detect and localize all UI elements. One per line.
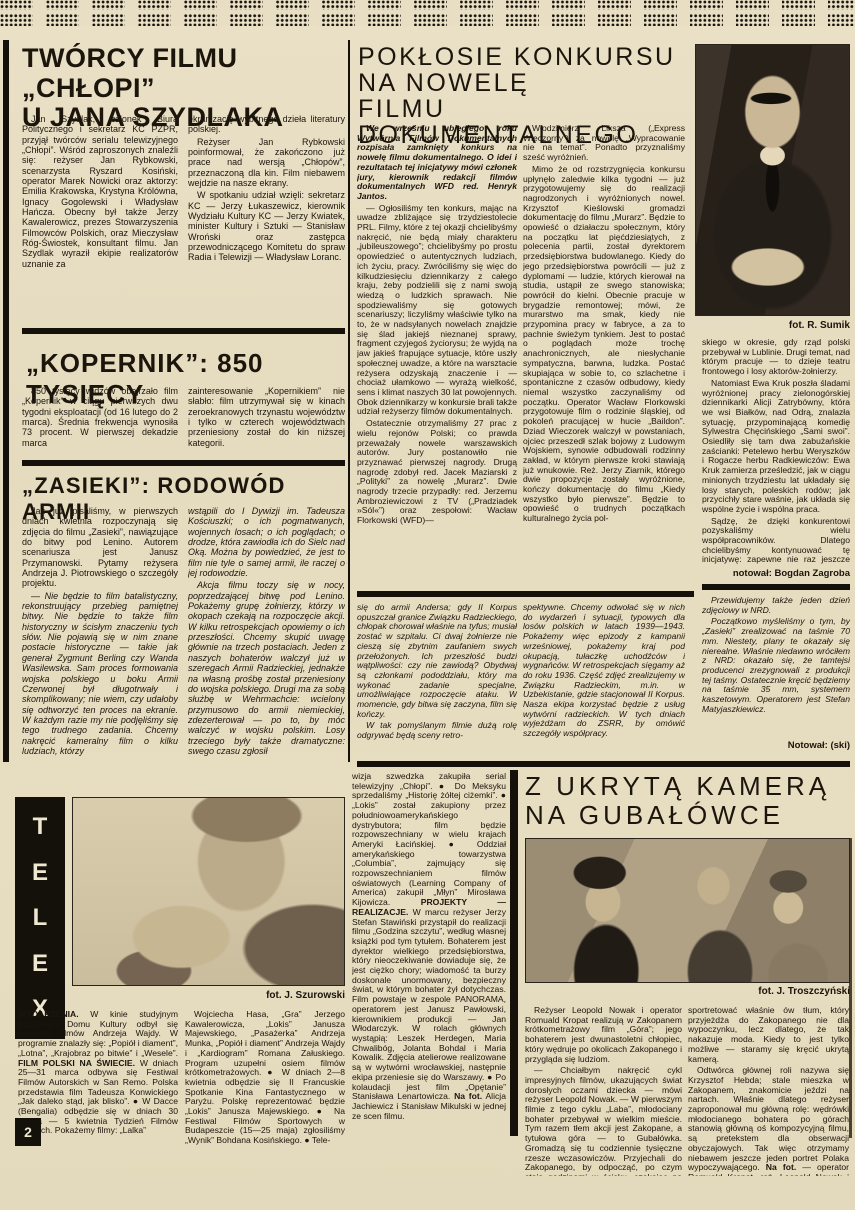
paragraph: Akcja filmu toczy się w nocy, poprzedzaj… <box>188 580 345 756</box>
paragraph: 850 tysięcy widzów obejrzało film „Koper… <box>22 386 178 448</box>
telex-text: W dniach 25—31 marca odbywa się Festiwal… <box>18 1058 178 1136</box>
decorative-dot-border <box>0 0 855 26</box>
paragraph: zainteresowanie „Kopernikiem” nie słabło… <box>188 386 345 448</box>
section-rule <box>702 584 850 590</box>
zasieki-quote: — Nie będzie to film batalistyczny, reko… <box>22 591 178 757</box>
telex-bold-lead: FILM POLSKI NA ŚWIECIE. <box>18 1058 135 1068</box>
paragraph: Natomiast Ewa Kruk poszła śladami wyróżn… <box>702 379 850 515</box>
column-divider-rule <box>348 40 350 762</box>
title-line: POKŁOSIE KONKURSU <box>358 44 692 70</box>
article-zasieki-continuation-3: Przewidujemy także jeden dzień zdjęciowy… <box>702 596 850 736</box>
telex-bold-lead: Na fot. <box>454 1091 482 1101</box>
article-zasieki-continuation-2: spektywne. Chcemy odwołać się w nich do … <box>523 603 685 757</box>
paragraph: skiego w okresie, gdy rząd polski przeby… <box>702 338 850 377</box>
telex-label: T E L E X <box>15 797 65 1039</box>
paragraph: Reżyser Leopold Nowak i operator Romuald… <box>525 1006 682 1064</box>
paragraph: Przewidujemy także jeden dzień zdjęciowy… <box>702 596 850 615</box>
paragraph: wstąpili do I Dywizji im. Tadeusza Kości… <box>188 506 345 578</box>
paragraph: wizja szwedzka zakupiła serial telewizyj… <box>352 772 506 1121</box>
telex-text: W marcu reżyser Jerzy Stefan Stawiński p… <box>352 907 506 1101</box>
paragraph: W spotkaniu udział wzięli: sekretarz KC … <box>188 190 345 262</box>
paragraph: — Ogłosiliśmy ten konkurs, mając na uwad… <box>357 204 517 417</box>
zasieki-intro: Jak już pisaliśmy, w pierwszych dniach k… <box>22 506 178 589</box>
telex-column-1: WYDARZENIA. W kinie studyjnym Łódzkiego … <box>18 1010 178 1176</box>
paragraph: Reżyser Jan Rybkowski poinformował, że z… <box>188 137 345 189</box>
paragraph: Wojciecha Hasa, „Gra” Jerzego Kawalerowi… <box>185 1010 345 1146</box>
telex-letter: E <box>32 950 48 978</box>
magazine-page: TWÓRCY FILMU „CHŁOPI” U JANA SZYDLAKA Ja… <box>0 0 855 1210</box>
paragraph: WYDARZENIA. W kinie studyjnym Łódzkiego … <box>18 1010 178 1136</box>
article-kopernik-column-1: 850 tysięcy widzów obejrzało film „Koper… <box>22 386 178 458</box>
gubalowka-bold-lead: Na fot. <box>766 1162 796 1172</box>
paragraph: Jak już pisaliśmy, w pierwszych dniach k… <box>22 506 178 589</box>
poklosie-lead: We wrześniu ubiegłego roku Wytwórnia Fil… <box>357 124 517 202</box>
article-zasieki-column-1: Jak już pisaliśmy, w pierwszych dniach k… <box>22 506 178 788</box>
title-line: NA GUBAŁÓWCE <box>525 801 853 830</box>
paragraph: Odtwórca głównej roli nazywa się Krzyszt… <box>688 1066 849 1176</box>
paragraph: Jan Szydlak, członek Biura Politycznego … <box>22 114 178 269</box>
telex-column-3: wizja szwedzka zakupiła serial telewizyj… <box>352 772 506 1174</box>
paragraph: Mimo że od rozstrzygnięcia konkursu upły… <box>523 165 685 524</box>
portrait-photo-sumik <box>695 44 850 316</box>
paragraph: ekranizację wybitnego dzieła literatury … <box>188 114 345 135</box>
bottom-section-divider-rule <box>510 770 518 1136</box>
paragraph: We wrześniu ubiegłego roku Wytwórnia Fil… <box>357 124 517 202</box>
poklosie-signoff: notował: Bogdan Zagroba <box>702 568 850 579</box>
paragraph: spektywne. Chcemy odwołać się w nich do … <box>523 603 685 739</box>
telex-letter: E <box>32 859 48 887</box>
poklosie-body: — Ogłosiliśmy ten konkurs, mając na uwad… <box>357 204 517 526</box>
gubalowka-column-2: sportretować właśnie ów tłum, który przy… <box>688 1006 849 1176</box>
paragraph: Sądzę, że dzięki konkurentowi pozyskaliś… <box>702 517 850 566</box>
title-line: NA NOWELĘ <box>358 70 692 96</box>
paragraph: Ostatecznie otrzymaliśmy 27 prac z wielu… <box>357 419 517 526</box>
gubalowka-text: Odtwórca głównej roli nazywa się Krzyszt… <box>688 1065 849 1172</box>
title-line: TWÓRCY FILMU „CHŁOPI” <box>22 44 345 103</box>
article-gubalowka-title: Z UKRYTĄ KAMERĄ NA GUBAŁÓWCE <box>525 772 853 830</box>
paragraph: W tak pomyślanym filmie dużą rolę odgryw… <box>357 721 517 740</box>
telex-column-2: Wojciecha Hasa, „Gra” Jerzego Kawalerowi… <box>185 1010 345 1176</box>
telex-letter: L <box>33 904 48 932</box>
paragraph: — Chciałbym nakręcić cykl impresyjnych f… <box>525 1066 682 1176</box>
paragraph: Włodzimierz Liksza („Express Wieczorny”)… <box>523 124 685 163</box>
photo-caption-szurowski: fot. J. Szurowski <box>72 990 345 1001</box>
photo-caption-troszczynski: fot. J. Troszczyński <box>525 986 850 997</box>
location-photo-troszczynski <box>525 838 850 983</box>
title-line: Z UKRYTĄ KAMERĄ <box>525 772 853 801</box>
paragraph: sportretować właśnie ów tłum, który przy… <box>688 1006 849 1064</box>
page-number: 2 <box>15 1118 41 1146</box>
section-rule <box>22 328 345 334</box>
paragraph: — Nie będzie to film batalistyczny, reko… <box>22 591 178 757</box>
article-zasieki-column-2: wstąpili do I Dywizji im. Tadeusza Kości… <box>188 506 345 788</box>
paragraph: Początkowo myśleliśmy o tym, by „Zasieki… <box>702 617 850 714</box>
telex-letter: T <box>33 813 48 841</box>
gubalowka-column-1: Reżyser Leopold Nowak i operator Romuald… <box>525 1006 682 1176</box>
film-still-photo-szurowski <box>72 797 345 986</box>
article-kopernik-column-2: zainteresowanie „Kopernikiem” nie słabło… <box>188 386 345 458</box>
article-zasieki-continuation-1: się do armii Andersa; gdy II Korpus opus… <box>357 603 517 757</box>
photo-caption-sumik: fot. R. Sumik <box>695 320 850 331</box>
article-poklosie-column-2: Włodzimierz Liksza („Express Wieczorny”)… <box>523 124 685 588</box>
article-chlopi-column-2: ekranizację wybitnego dzieła literatury … <box>188 114 345 324</box>
article-poklosie-column-3: skiego w okresie, gdy rząd polski przeby… <box>702 338 850 566</box>
zasieki-signoff: Notował: (ski) <box>702 740 850 751</box>
section-rule <box>357 761 850 767</box>
telex-bold-lead: WYDARZENIA. <box>18 1010 79 1019</box>
paragraph: się do armii Andersa; gdy II Korpus opus… <box>357 603 517 719</box>
left-edge-rule <box>3 40 9 762</box>
section-rule <box>357 591 694 597</box>
section-rule <box>22 460 345 466</box>
telex-text: wizja szwedzka zakupiła serial telewizyj… <box>352 772 506 907</box>
article-poklosie-column-1: We wrześniu ubiegłego roku Wytwórnia Fil… <box>357 124 517 588</box>
article-chlopi-column-1: Jan Szydlak, członek Biura Politycznego … <box>22 114 178 324</box>
